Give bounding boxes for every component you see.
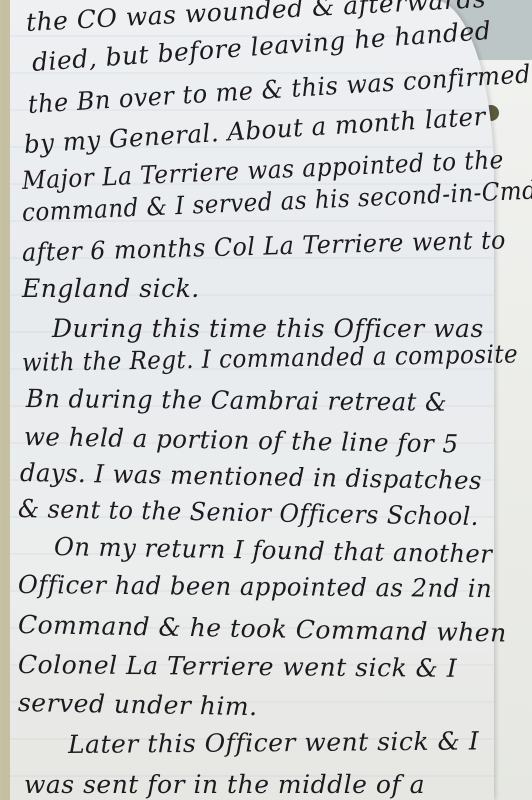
text-line: Later this Officer went sick & I [68, 728, 479, 757]
text-line: after 6 months Col La Terriere went to [22, 227, 506, 265]
text-line: with the Regt. I commanded a composite [22, 341, 519, 375]
text-line: On my return I found that another [54, 534, 493, 567]
text-line: was sent for in the middle of a [24, 772, 425, 797]
text-line: Colonel La Terriere went sick & I [18, 652, 457, 681]
text-line: days. I was mentioned in dispatches [20, 460, 482, 493]
photo-scene: the CO was wounded & afterwards died, bu… [0, 0, 532, 800]
text-line: & sent to the Senior Officers School. [18, 496, 479, 529]
text-line: During this time this Officer was [52, 316, 484, 341]
handwritten-page: the CO was wounded & afterwards died, bu… [4, 0, 494, 800]
text-line: Command & he took Command when [18, 612, 507, 646]
text-line: Bn during the Cambrai retreat & [26, 386, 447, 415]
text-line: we held a portion of the line for 5 [24, 424, 459, 457]
text-line: England sick. [22, 276, 200, 301]
page-edge [4, 0, 10, 800]
text-line: Officer had been appointed as 2nd in [18, 572, 492, 601]
text-line: served under him. [18, 690, 258, 719]
